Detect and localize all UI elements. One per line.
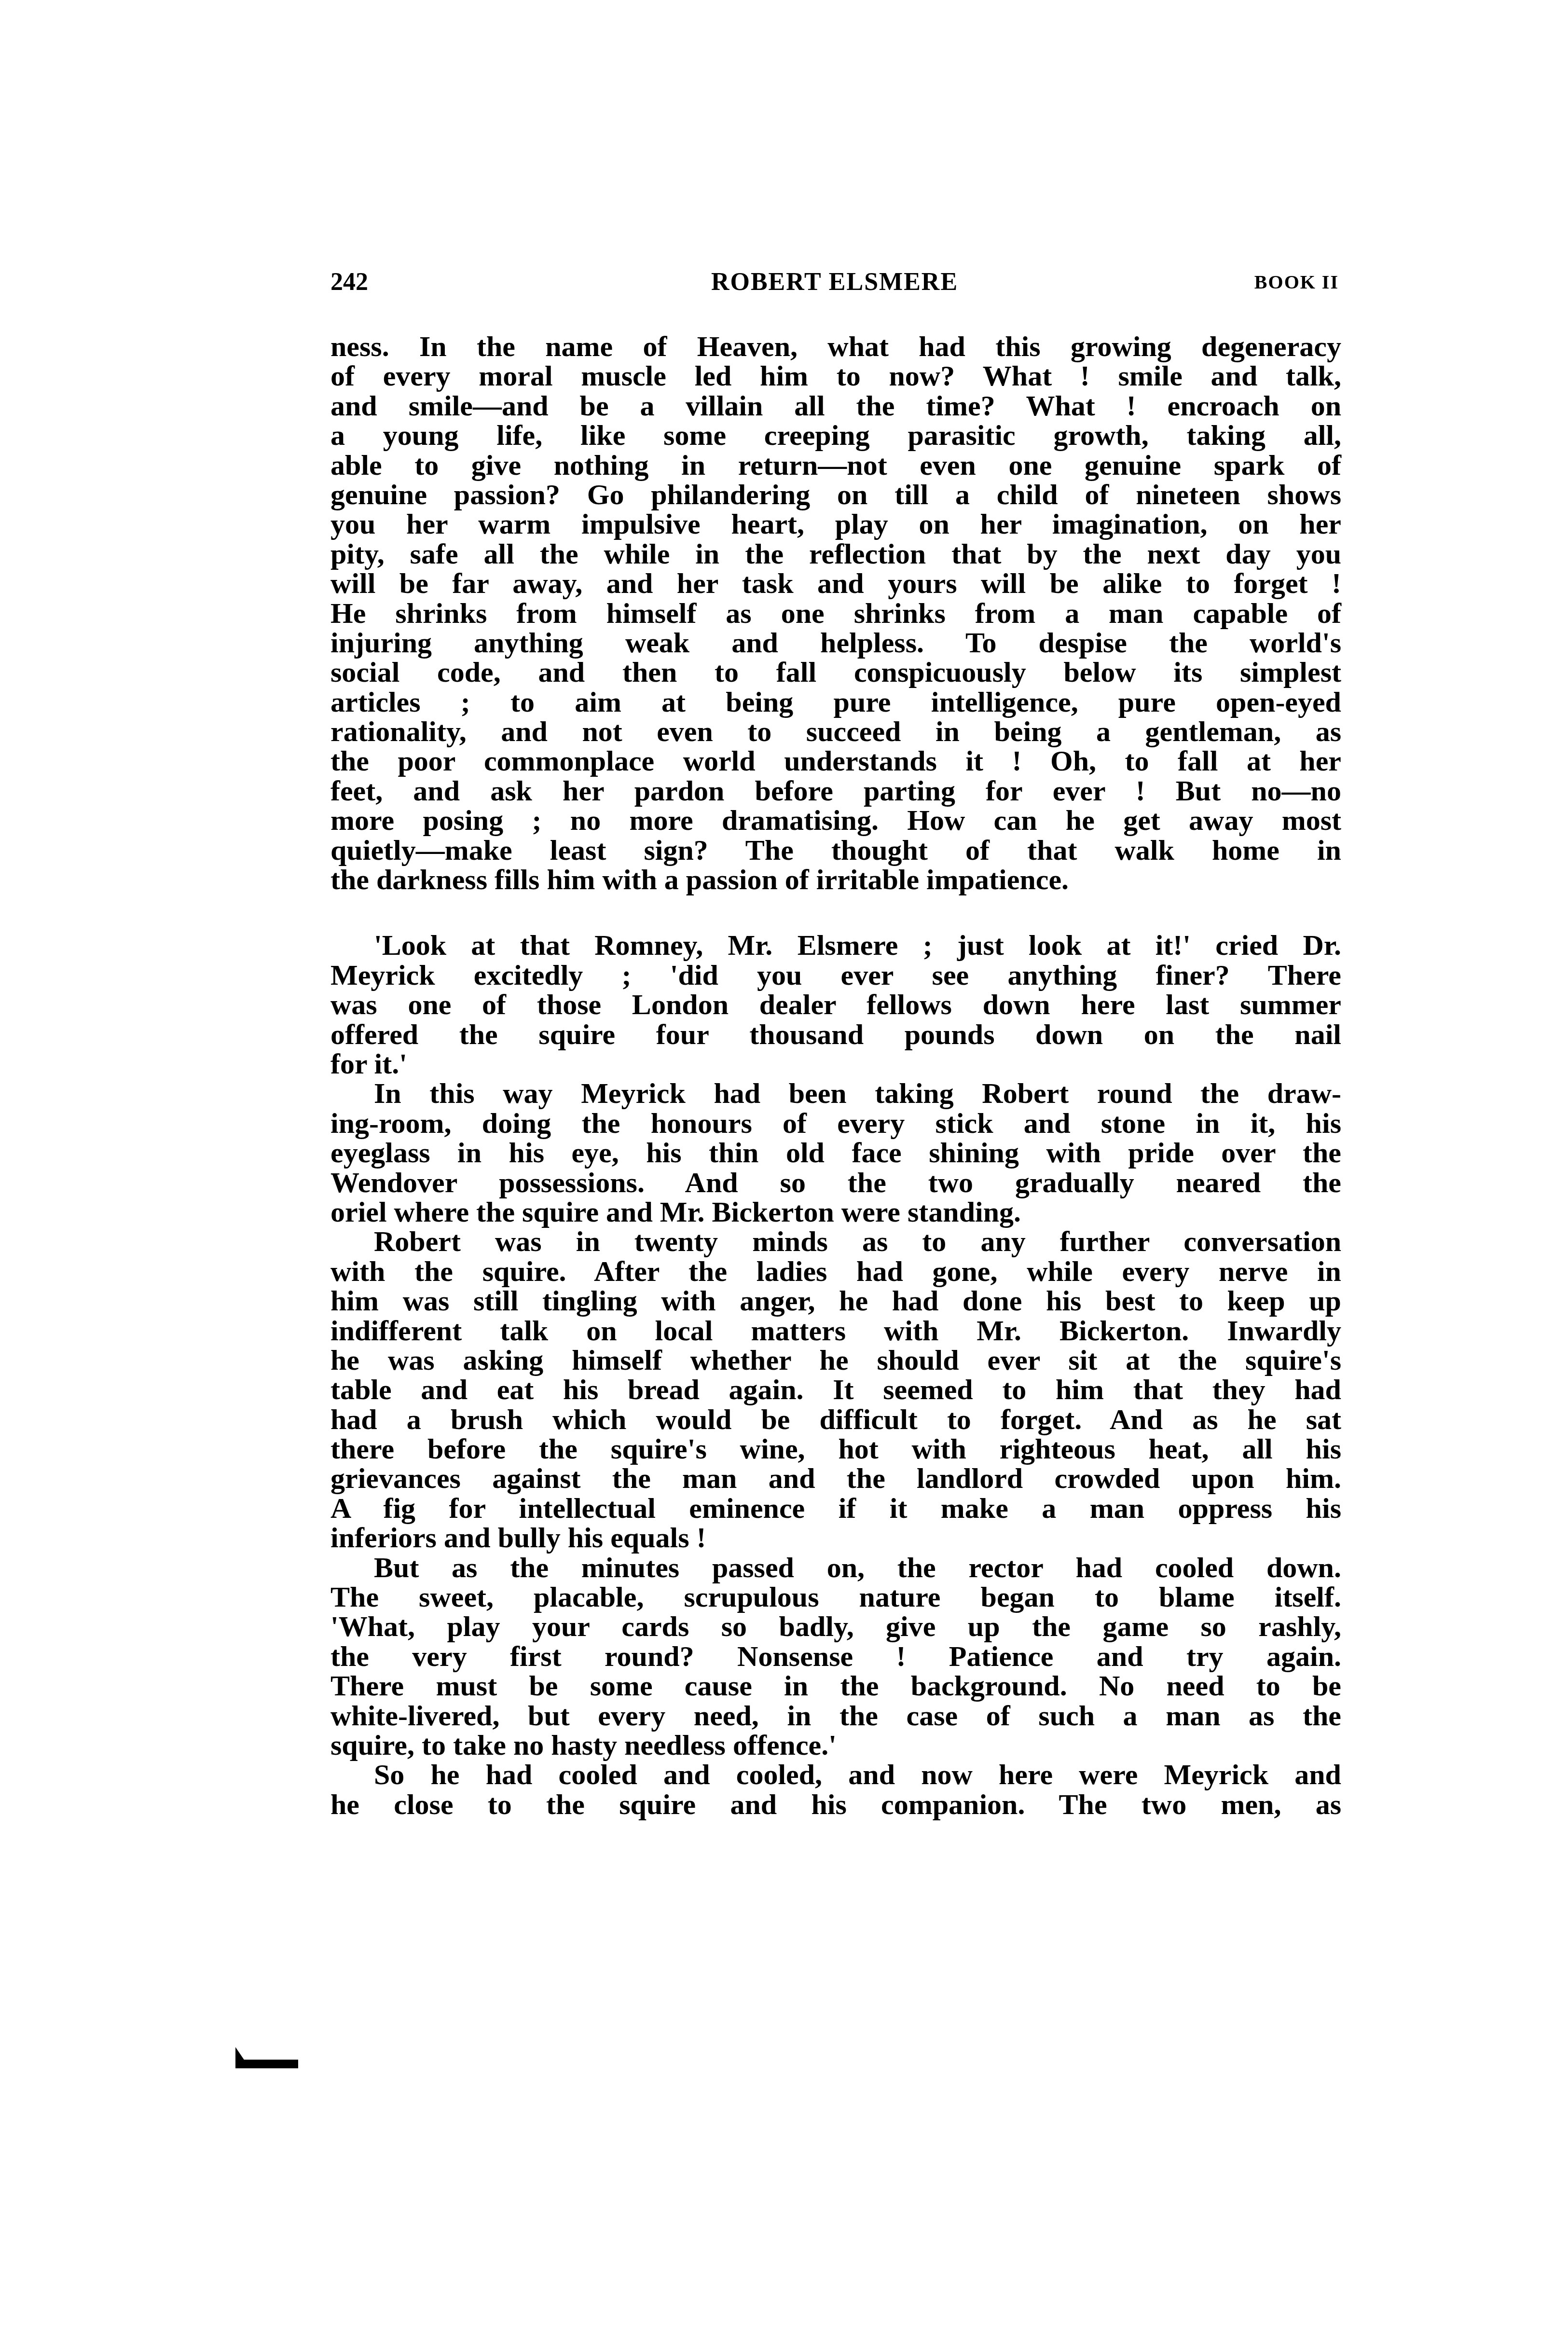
text-line: table and eat his bread again. It seemed… — [330, 1375, 1341, 1404]
running-title: ROBERT ELSMERE — [330, 268, 1339, 296]
text-line: offered the squire four thousand pounds … — [330, 1020, 1341, 1049]
text-line: more posing ; no more dramatising. How c… — [330, 806, 1341, 835]
running-header: 242 ROBERT ELSMERE BOOK II — [330, 268, 1339, 302]
text-line: feet, and ask her pardon before parting … — [330, 776, 1341, 806]
text-line: injuring anything weak and helpless. To … — [330, 628, 1341, 658]
text-line: In this way Meyrick had been taking Robe… — [330, 1079, 1341, 1108]
text-line: The sweet, placable, scrupulous nature b… — [330, 1582, 1341, 1612]
text-line: a young life, like some creeping parasit… — [330, 421, 1341, 450]
paragraph: In this way Meyrick had been taking Robe… — [330, 1079, 1341, 1227]
text-line: with the squire. After the ladies had go… — [330, 1257, 1341, 1286]
text-line: Meyrick excitedly ; 'did you ever see an… — [330, 961, 1341, 990]
text-line: squire, to take no hasty needless offenc… — [330, 1731, 1341, 1760]
text-line: for it.' — [330, 1049, 1341, 1079]
text-line: But as the minutes passed on, the rector… — [330, 1553, 1341, 1582]
text-line: had a brush which would be difficult to … — [330, 1405, 1341, 1434]
paragraph: But as the minutes passed on, the rector… — [330, 1553, 1341, 1761]
text-line: So he had cooled and cooled, and now her… — [330, 1760, 1341, 1789]
body-text: ness. In the name of Heaven, what had th… — [330, 332, 1341, 1819]
text-line: Wendover possessions. And so the two gra… — [330, 1168, 1341, 1197]
paragraph: ness. In the name of Heaven, what had th… — [330, 332, 1341, 894]
text-line: the very first round? Nonsense ! Patienc… — [330, 1642, 1341, 1671]
paragraph: Robert was in twenty minds as to any fur… — [330, 1227, 1341, 1553]
text-line: grievances against the man and the landl… — [330, 1464, 1341, 1493]
paragraph: So he had cooled and cooled, and now her… — [330, 1760, 1341, 1819]
text-line: the poor commonplace world understands i… — [330, 746, 1341, 776]
text-line: pity, safe all the while in the reflecti… — [330, 539, 1341, 569]
text-line: him was still tingling with anger, he ha… — [330, 1286, 1341, 1316]
text-line: he was asking himself whether he should … — [330, 1346, 1341, 1375]
text-line: ness. In the name of Heaven, what had th… — [330, 332, 1341, 361]
text-line: there before the squire's wine, hot with… — [330, 1434, 1341, 1464]
text-line: the darkness fills him with a passion of… — [330, 865, 1341, 894]
text-line: white-livered, but every need, in the ca… — [330, 1701, 1341, 1731]
text-line: inferiors and bully his equals ! — [330, 1523, 1341, 1553]
text-line: of every moral muscle led him to now? Wh… — [330, 361, 1341, 391]
text-line: and smile—and be a villain all the time?… — [330, 391, 1341, 421]
text-line: A fig for intellectual eminence if it ma… — [330, 1494, 1341, 1523]
text-line: 'What, play your cards so badly, give up… — [330, 1612, 1341, 1641]
text-line: quietly—make least sign? The thought of … — [330, 836, 1341, 865]
text-line: 'Look at that Romney, Mr. Elsmere ; just… — [330, 931, 1341, 960]
text-line: There must be some cause in the backgrou… — [330, 1671, 1341, 1701]
text-line: articles ; to aim at being pure intellig… — [330, 688, 1341, 717]
text-line: Robert was in twenty minds as to any fur… — [330, 1227, 1341, 1256]
paragraph-gap — [330, 894, 1341, 931]
book-label: BOOK II — [1254, 271, 1339, 293]
text-line: was one of those London dealer fellows d… — [330, 990, 1341, 1019]
text-line: genuine passion? Go philandering on till… — [330, 480, 1341, 509]
text-line: able to give nothing in return—not even … — [330, 451, 1341, 480]
paragraph: 'Look at that Romney, Mr. Elsmere ; just… — [330, 931, 1341, 1079]
text-line: eyeglass in his eye, his thin old face s… — [330, 1138, 1341, 1168]
text-line: he close to the squire and his companion… — [330, 1790, 1341, 1819]
text-line: you her warm impulsive heart, play on he… — [330, 509, 1341, 539]
text-line: will be far away, and her task and yours… — [330, 569, 1341, 598]
text-line: social code, and then to fall conspicuou… — [330, 658, 1341, 687]
text-line: indifferent talk on local matters with M… — [330, 1316, 1341, 1346]
text-line: rationality, and not even to succeed in … — [330, 717, 1341, 746]
text-line: oriel where the squire and Mr. Bickerton… — [330, 1197, 1341, 1227]
text-line: He shrinks from himself as one shrinks f… — [330, 599, 1341, 628]
printer-mark-icon — [235, 2047, 250, 2068]
text-line: ing-room, doing the honours of every sti… — [330, 1109, 1341, 1138]
